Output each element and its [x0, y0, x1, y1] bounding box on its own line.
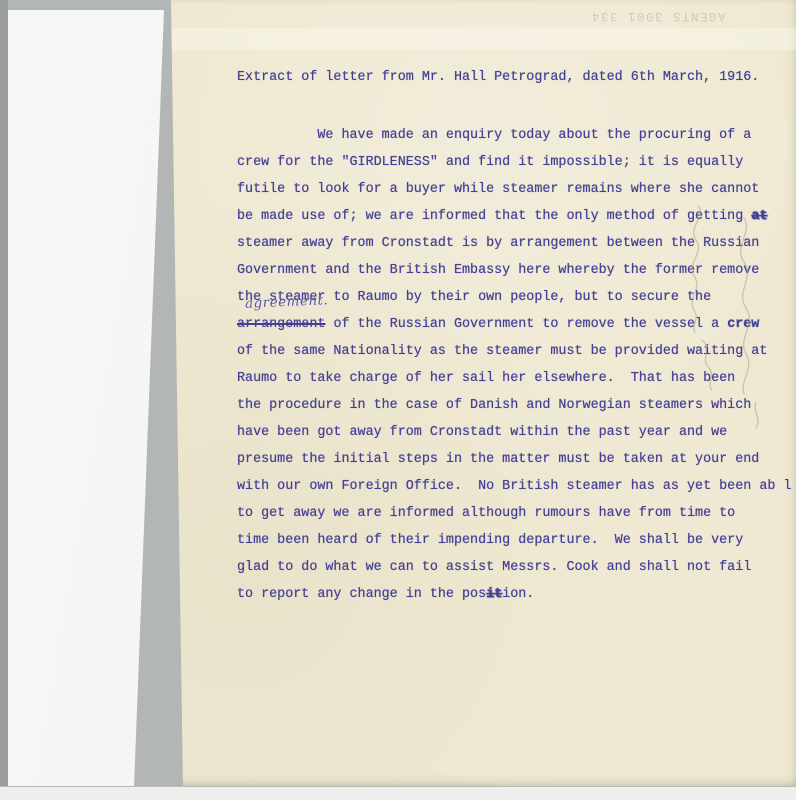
- typed-segment: have been got away from Cronstadt within…: [237, 425, 727, 440]
- typed-line: glad to do what we can to assist Messrs.…: [237, 554, 796, 581]
- typed-segment: time been heard of their impending depar…: [237, 533, 743, 548]
- typed-segment: to report any change in the pos: [237, 587, 486, 602]
- typed-segment: glad to do what we can to assist Messrs.…: [237, 560, 751, 575]
- typed-segment: crew for the "GIRDLENESS" and find it im…: [237, 155, 743, 170]
- upside-down-stamp-text: AGENTS 3001 334: [578, 3, 738, 23]
- typed-line: to report any change in the position.: [237, 581, 796, 608]
- typed-segment: We have made an enquiry today about the …: [237, 128, 751, 143]
- typed-segment: to get away we are informed although rum…: [237, 506, 735, 521]
- typed-segment-strike: arrangement: [237, 317, 325, 332]
- scanner-bed-strip: [0, 786, 796, 800]
- typed-segment-blot: it: [486, 587, 502, 602]
- paper-fold-highlight: [171, 28, 796, 50]
- letter-title: Extract of letter from Mr. Hall Petrogra…: [237, 70, 759, 85]
- typed-line: We have made an enquiry today about the …: [237, 122, 796, 149]
- typed-segment: ion.: [502, 587, 534, 602]
- typed-line: crew for the "GIRDLENESS" and find it im…: [237, 149, 796, 176]
- scan-left-edge: [0, 0, 8, 787]
- pencil-scrawl-icon: [660, 188, 796, 498]
- typed-line: time been heard of their impending depar…: [237, 527, 796, 554]
- typed-line: to get away we are informed although rum…: [237, 500, 796, 527]
- scanned-document: AGENTS 3001 334 Extract of letter from M…: [0, 0, 796, 800]
